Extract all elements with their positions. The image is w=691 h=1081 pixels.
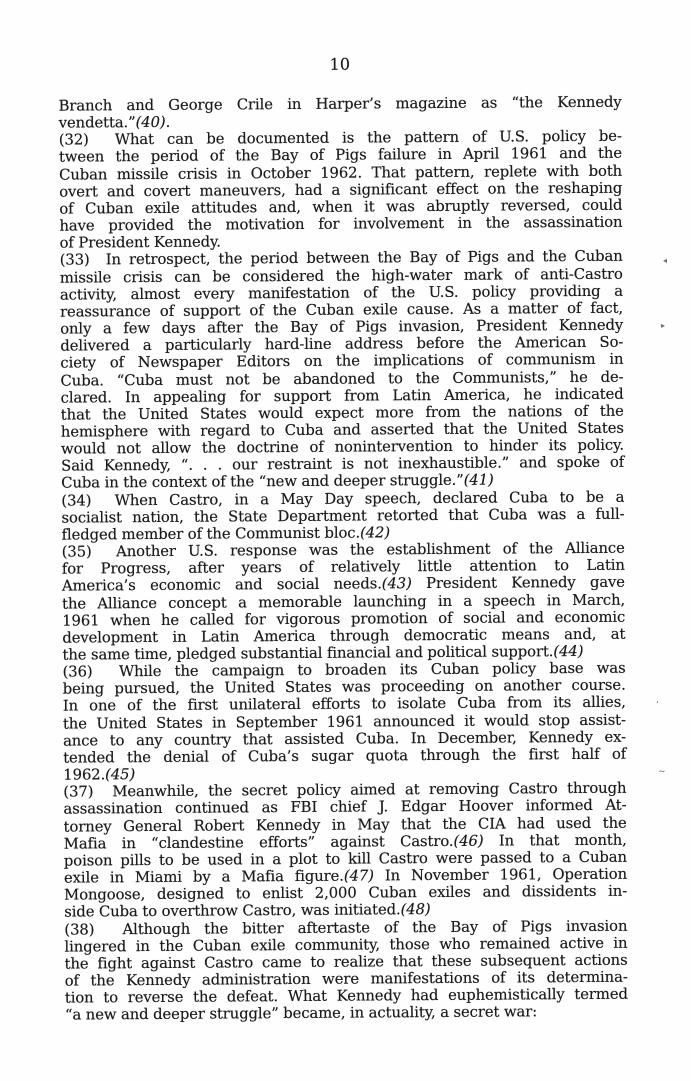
paragraph-continuation: Branch and George Crile in Harper’s maga… <box>59 94 622 132</box>
footnote-ref: (43) <box>382 576 412 593</box>
page-number: 10 <box>58 54 621 76</box>
footnote-ref: (40) <box>136 114 166 131</box>
footnote-ref: (46) <box>453 832 483 849</box>
page-content: 10 Branch and George Crile in Harper’s m… <box>58 54 628 1024</box>
paragraph-33: (33) In retrospect, the period between t… <box>60 248 625 492</box>
paragraph-35: (35) Another U.S. response was the estab… <box>62 540 626 664</box>
text-line: “a new and deeper struggle” became, in a… <box>65 1003 628 1024</box>
paragraph-32: (32) What can be documented is the patte… <box>59 128 623 252</box>
footnote-ref: (41) <box>464 472 494 489</box>
paragraph-34: (34) When Castro, in a May Day speech, d… <box>61 488 624 543</box>
paragraph-36: (36) While the campaign to broaden its C… <box>63 660 627 784</box>
footnote-ref: (47) <box>344 867 374 884</box>
paragraph-38: (38) Although the bitter aftertaste of t… <box>64 917 628 1024</box>
scan-speck: ▸ <box>661 322 665 330</box>
scanned-document-page: ◂ ▸ ’ ~ 10 Branch and George Crile in Ha… <box>0 0 691 1081</box>
footnote-ref: (42) <box>360 524 390 541</box>
scan-speck: ’ <box>656 702 659 711</box>
scan-speck: ~ <box>658 768 666 777</box>
paragraph-37: (37) Meanwhile, the secret policy aimed … <box>63 780 627 921</box>
footnote-ref: (48) <box>400 901 430 918</box>
scan-speck: ◂ <box>663 257 667 265</box>
footnote-ref: (45) <box>105 766 135 783</box>
footnote-ref: (44) <box>553 643 583 660</box>
